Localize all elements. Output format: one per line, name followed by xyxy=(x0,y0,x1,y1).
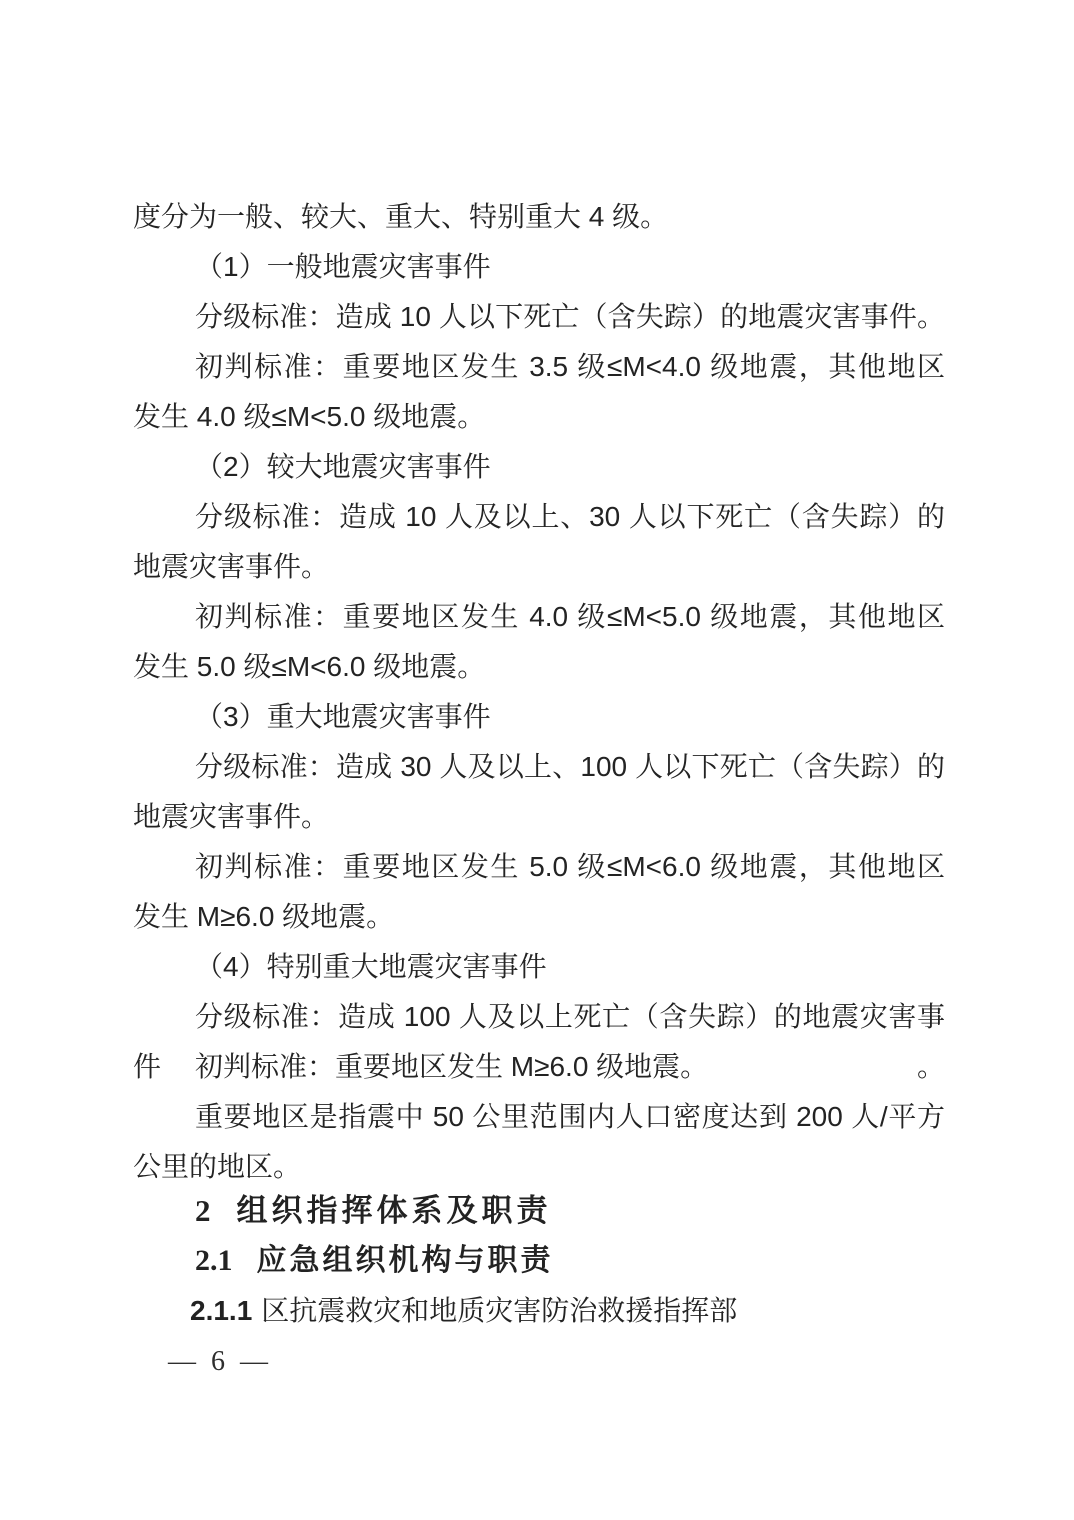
body-line: 地震灾害事件。 xyxy=(133,792,945,842)
body-line: 分级标准：造成 100 人及以上死亡（含失踪）的地震灾害事件。 xyxy=(133,992,945,1042)
section-heading-2-1-1: 2.1.1区抗震救灾和地质灾害防治救援指挥部 xyxy=(133,1286,945,1336)
page-number: — 6 — xyxy=(168,1346,272,1378)
body-line: 初判标准：重要地区发生 5.0 级≤M<6.0 级地震，其他地区 xyxy=(133,842,945,892)
section-title: 组织指挥体系及职责 xyxy=(237,1193,552,1228)
body-line: 度分为一般、较大、重大、特别重大 4 级。 xyxy=(133,192,945,242)
body-line: 分级标准：造成 10 人以下死亡（含失踪）的地震灾害事件。 xyxy=(133,292,945,342)
body-line: 公里的地区。 xyxy=(133,1142,945,1192)
body-line: 初判标准：重要地区发生 3.5 级≤M<4.0 级地震，其他地区 xyxy=(133,342,945,392)
section-title: 区抗震救灾和地质灾害防治救援指挥部 xyxy=(261,1295,737,1326)
body-line: 重要地区是指震中 50 公里范围内人口密度达到 200 人/平方 xyxy=(133,1092,945,1142)
document-page: 度分为一般、较大、重大、特别重大 4 级。 （1）一般地震灾害事件 分级标准：造… xyxy=(133,192,945,1336)
body-text-block: 度分为一般、较大、重大、特别重大 4 级。 （1）一般地震灾害事件 分级标准：造… xyxy=(133,192,945,1192)
list-item-heading: （4）特别重大地震灾害事件 xyxy=(133,942,945,992)
list-item-heading: （1）一般地震灾害事件 xyxy=(133,242,945,292)
body-line: 分级标准：造成 30 人及以上、100 人以下死亡（含失踪）的 xyxy=(133,742,945,792)
section-number: 2.1.1 xyxy=(190,1295,252,1326)
body-line: 发生 5.0 级≤M<6.0 级地震。 xyxy=(133,642,945,692)
section-heading-2-1: 2.1应急组织机构与职责 xyxy=(133,1236,945,1286)
body-line: 发生 4.0 级≤M<5.0 级地震。 xyxy=(133,392,945,442)
body-line: 地震灾害事件。 xyxy=(133,542,945,592)
body-line: 发生 M≥6.0 级地震。 xyxy=(133,892,945,942)
list-item-heading: （2）较大地震灾害事件 xyxy=(133,442,945,492)
section-number: 2.1 xyxy=(195,1244,233,1277)
body-line: 初判标准：重要地区发生 4.0 级≤M<5.0 级地震，其他地区 xyxy=(133,592,945,642)
section-number: 2 xyxy=(195,1193,211,1228)
body-line: 分级标准：造成 10 人及以上、30 人以下死亡（含失踪）的 xyxy=(133,492,945,542)
section-title: 应急组织机构与职责 xyxy=(257,1244,554,1277)
section-headings-block: 2组织指挥体系及职责 2.1应急组织机构与职责 2.1.1区抗震救灾和地质灾害防… xyxy=(133,1186,945,1336)
list-item-heading: （3）重大地震灾害事件 xyxy=(133,692,945,742)
section-heading-2: 2组织指挥体系及职责 xyxy=(133,1186,945,1236)
